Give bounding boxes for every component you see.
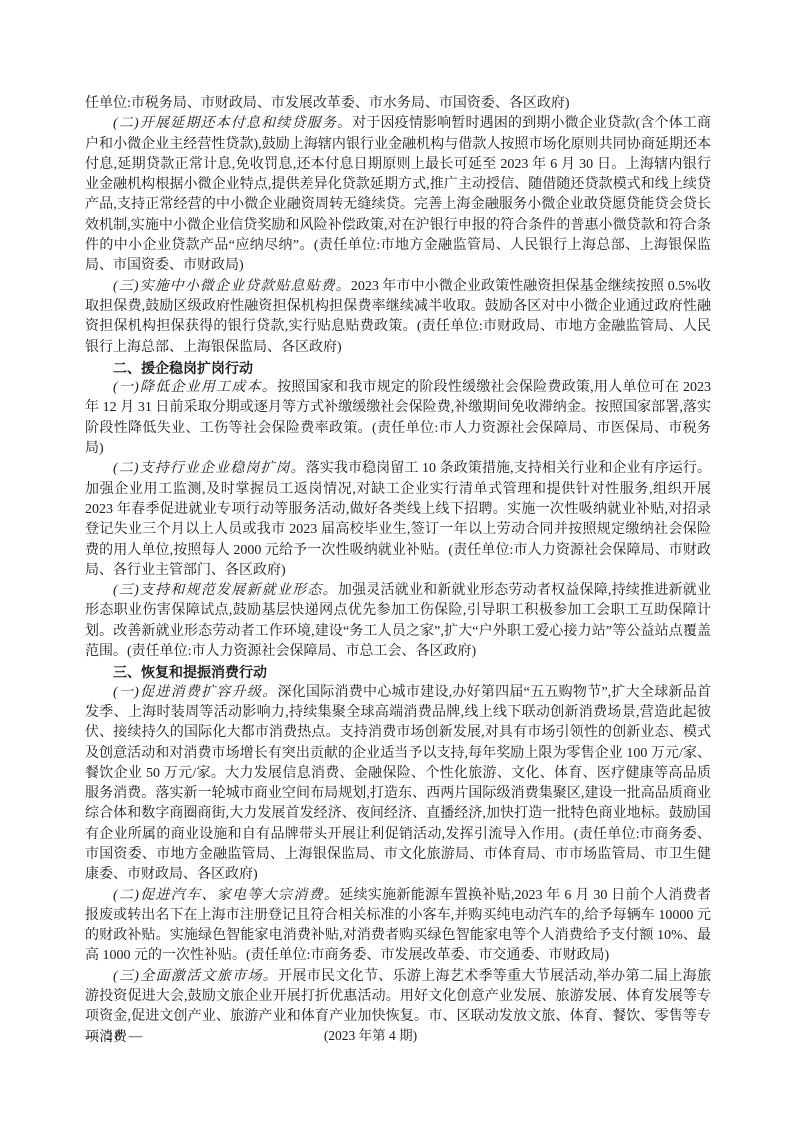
paragraph-text: 深化国际消费中心城市建设,办好第四届“五五购物节”,扩大全球新品首发季、上海时装…: [85, 685, 711, 883]
paragraph-text: 任单位:市税务局、市财政局、市发展改革委、市水务局、市国资委、各区政府): [85, 96, 570, 111]
paragraph-lead: (二)支持行业企业稳岗扩岗。: [113, 461, 306, 476]
paragraph: (三)支持和规范发展新就业形态。加强灵活就业和新就业形态劳动者权益保障,持续推进…: [85, 581, 711, 662]
paragraph-text: 对于因疫情影响暂时遇困的到期小微企业贷款(含个体工商户和小微企业主经营性贷款),…: [85, 116, 711, 273]
paragraph-text: 落实我市稳岗留工 10 条政策措施,支持相关行业和企业有序运行。加强企业用工监测…: [85, 461, 711, 577]
document-body: 任单位:市税务局、市财政局、市发展改革委、市水务局、市国资委、各区政府)(二)开…: [85, 94, 711, 1048]
section-heading-text: 二、援企稳岗扩岗行动: [113, 360, 253, 376]
paragraph-lead: (一)降低企业用工成本。: [113, 380, 277, 395]
paragraph: (二)促进汽车、家电等大宗消费。延续实施新能源车置换补贴,2023 年 6 月 …: [85, 886, 711, 967]
paragraph-lead: (二)促进汽车、家电等大宗消费。: [113, 888, 339, 903]
paragraph-lead: (一)促进消费扩容升级。: [113, 685, 277, 700]
paragraph-lead: (三)支持和规范发展新就业形态。: [113, 583, 338, 598]
paragraph: (一)促进消费扩容升级。深化国际消费中心城市建设,办好第四届“五五购物节”,扩大…: [85, 683, 711, 886]
paragraph-lead: (三)实施中小微企业贷款贴息贴费。: [113, 279, 351, 294]
paragraph: 任单位:市税务局、市财政局、市发展改革委、市水务局、市国资委、各区政府): [85, 94, 711, 114]
paragraph: (三)实施中小微企业贷款贴息贴费。2023 年市中小微企业政策性融资担保基金继续…: [85, 277, 711, 358]
paragraph-lead: (二)开展延期还本付息和续贷服务。: [113, 116, 352, 131]
page-footer: (2023 年第 4 期) — 28 —: [85, 1026, 711, 1048]
paragraph: (一)降低企业用工成本。按照国家和我市规定的阶段性缓缴社会保险费政策,用人单位可…: [85, 378, 711, 459]
paragraph-lead: (三)全面激活文旅市场。: [113, 969, 278, 984]
paragraph: (二)支持行业企业稳岗扩岗。落实我市稳岗留工 10 条政策措施,支持相关行业和企…: [85, 459, 711, 581]
page-number: — 28 —: [85, 1026, 144, 1046]
section-heading: 二、援企稳岗扩岗行动: [85, 358, 711, 378]
document-page: 任单位:市税务局、市财政局、市发展改革委、市水务局、市国资委、各区政府)(二)开…: [0, 0, 793, 1122]
paragraph: (二)开展延期还本付息和续贷服务。对于因疫情影响暂时遇困的到期小微企业贷款(含个…: [85, 114, 711, 276]
section-heading: 三、恢复和提振消费行动: [85, 662, 711, 682]
section-heading-text: 三、恢复和提振消费行动: [113, 664, 267, 680]
issue-label: (2023 年第 4 期): [85, 1026, 656, 1046]
